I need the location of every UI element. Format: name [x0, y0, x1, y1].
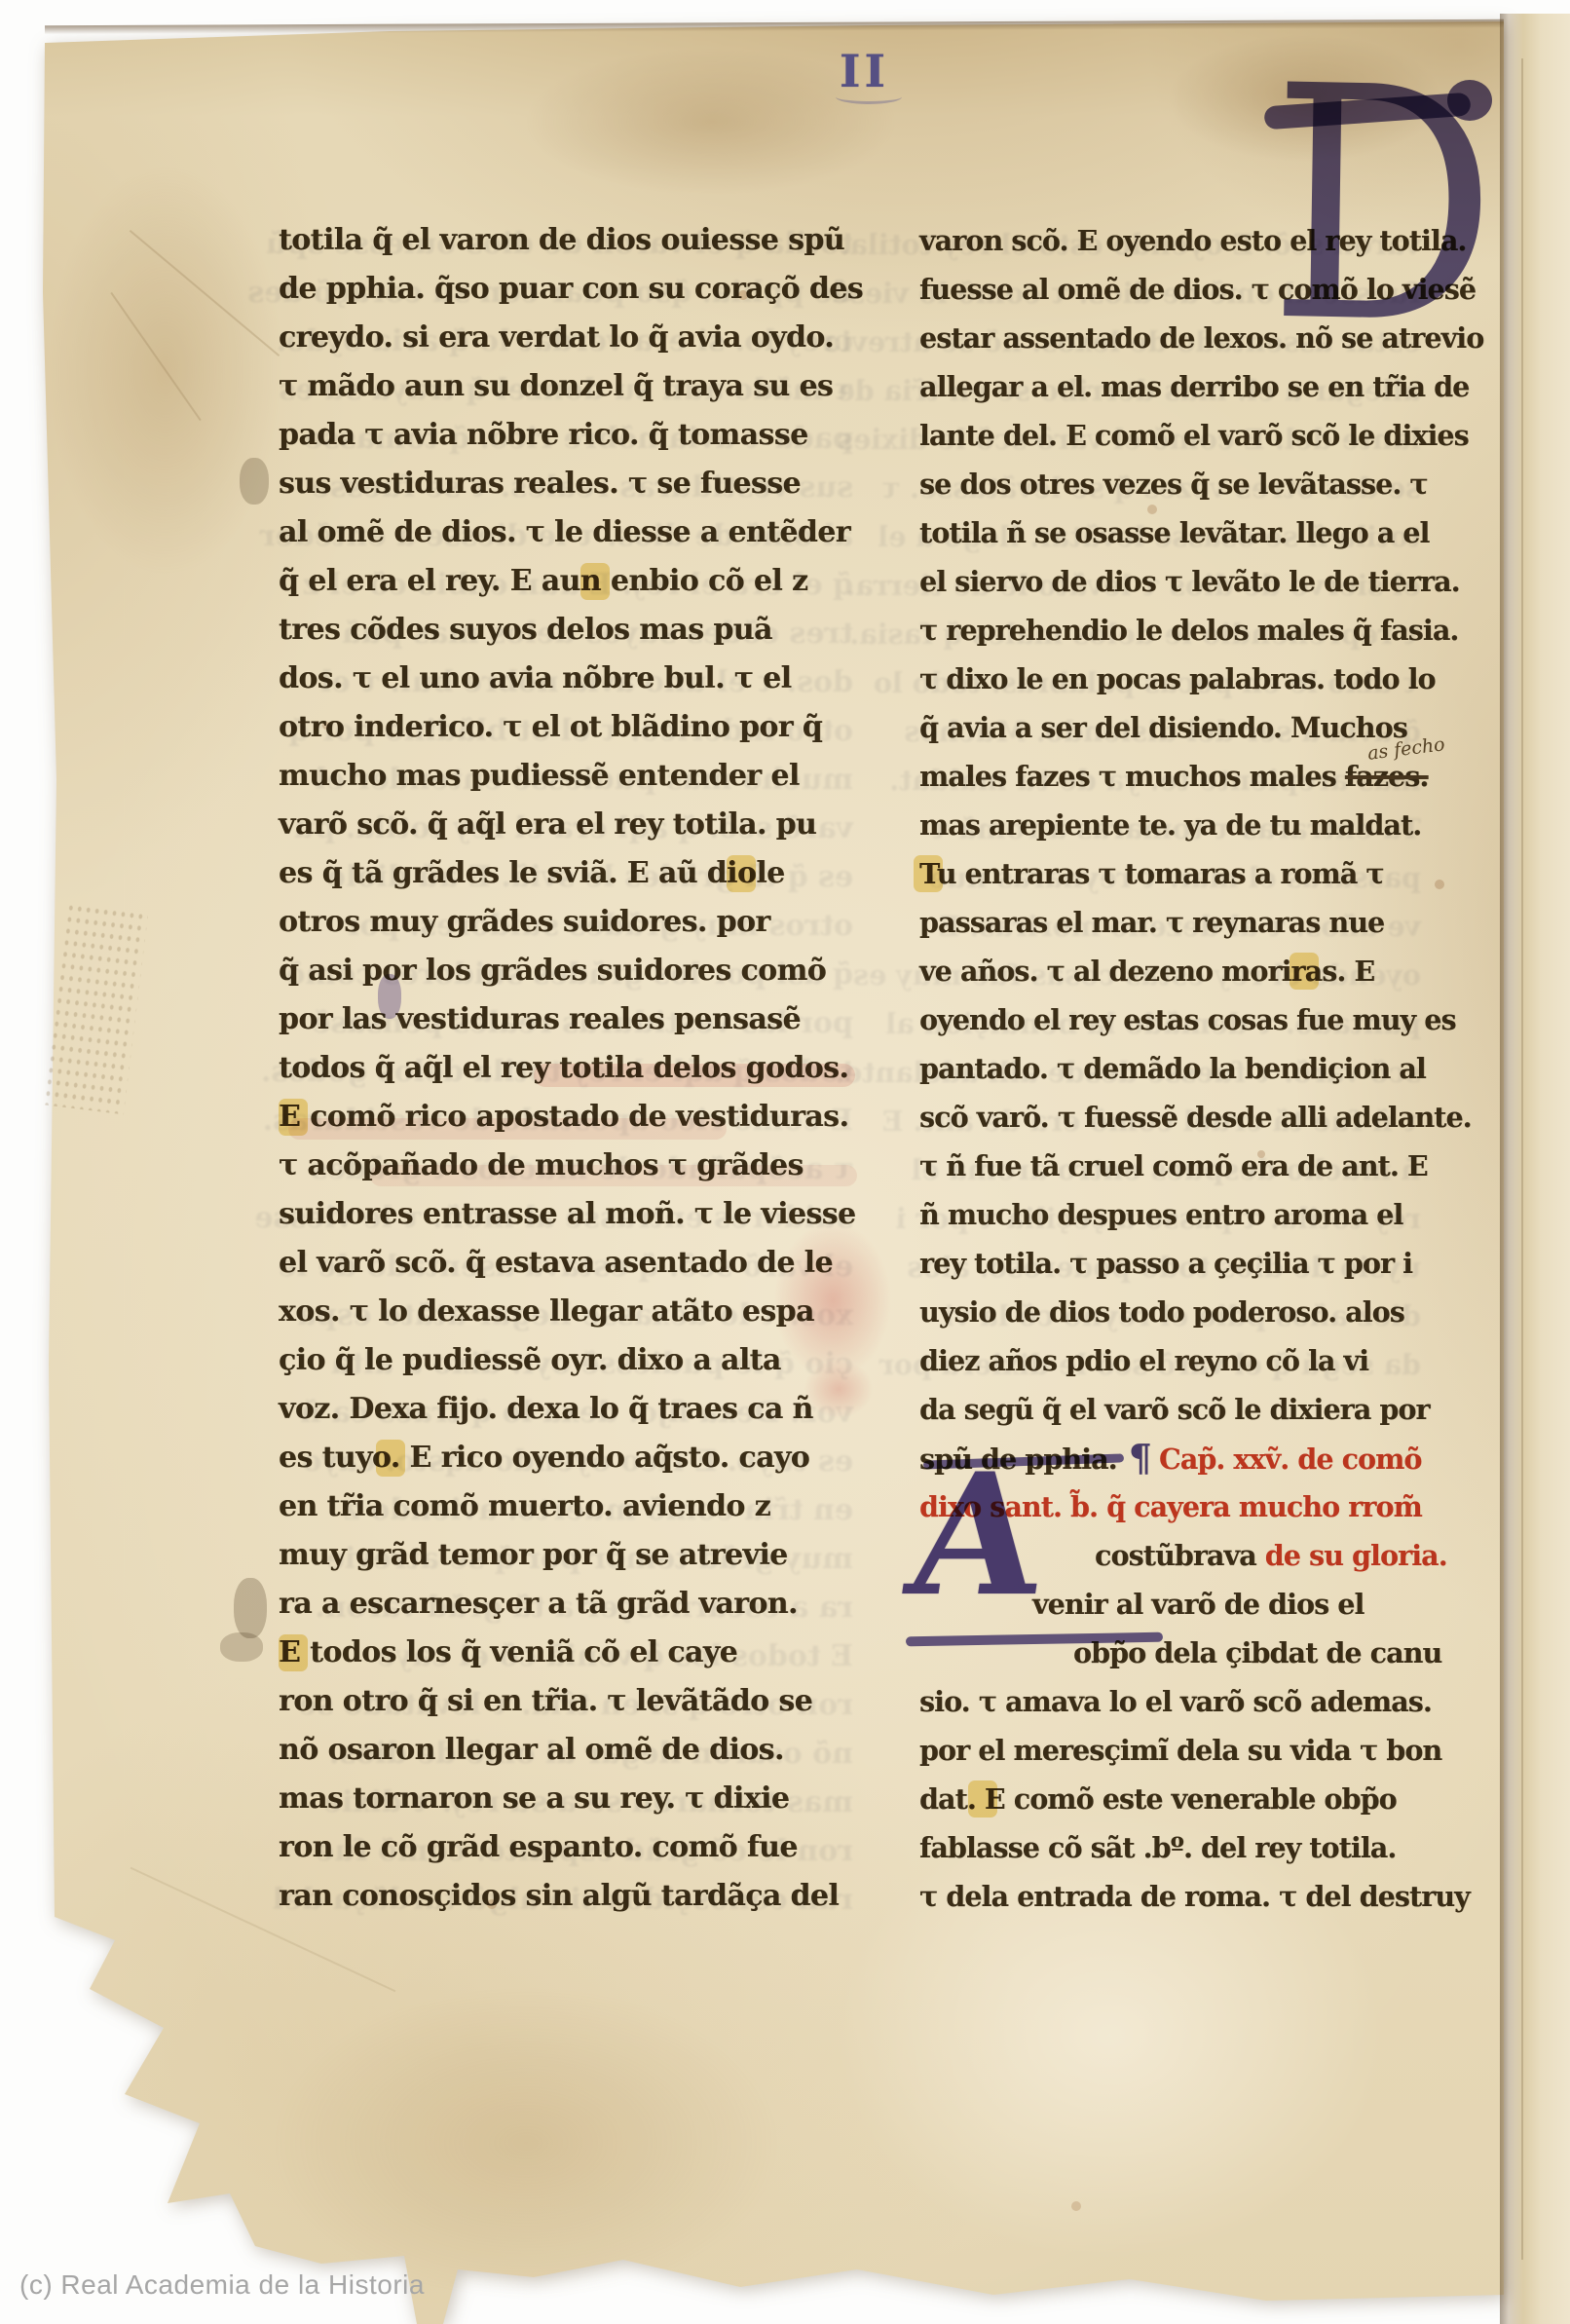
manuscript-line: sus vestiduras reales. τ se fuesse — [279, 460, 863, 508]
line-text: spũ de pphia. — [919, 1443, 1117, 1476]
manuscript-line: pada τ avia nõbre rico. q̃ tomasse — [279, 411, 863, 460]
manuscript-line: el siervo de dios τ levãto le de tierra. — [919, 557, 1483, 606]
manuscript-line: xos. τ lo dexasse llegar atãto espa — [279, 1288, 863, 1336]
manuscript-line: q̃ asi por los grãdes suidores comõ — [279, 947, 863, 995]
manuscript-line: de pphia. q̃so puar con su coraçõ des — [279, 265, 863, 314]
rubric-line: dixo sant. b̃. q̃ cayera mucho rrom̃ — [919, 1482, 1483, 1531]
manuscript-line: q̃ el era el rey. E aun enbio cõ el z — [279, 557, 863, 606]
line-text: males fazes τ muchos males — [919, 760, 1345, 793]
manuscript-line: varõ scõ. q̃ aq̃l era el rey totila. pu — [279, 801, 863, 849]
manuscript-line: pantado. τ demãdo la bendiçion al — [919, 1044, 1483, 1093]
manuscript-line: por el meresçimĩ dela su vida τ bon — [919, 1726, 1483, 1775]
manuscript-line: mas tornaron se a su rey. τ dixie — [279, 1775, 863, 1823]
manuscript-line: scõ varõ. τ fuessẽ desde alli adelante. — [919, 1093, 1483, 1142]
manuscript-line: τ reprehendio le delos males q̃ fasia. — [919, 606, 1483, 655]
manuscript-line: da segũ q̃ el varõ scõ le dixiera por — [919, 1385, 1483, 1434]
manuscript-line: otro inderico. τ el ot blãdino por q̃ — [279, 703, 863, 752]
manuscript-line: rey totila. τ passo a çeçilia τ por i — [919, 1239, 1483, 1288]
manuscript-line: mucho mas pudiessẽ entender el — [279, 752, 863, 801]
folio-underline-flourish — [836, 90, 902, 104]
manuscript-line: varon scõ. E oyendo esto el rey totila. — [919, 216, 1483, 265]
manuscript-line: E comõ rico apostado de vestiduras. — [279, 1093, 863, 1142]
manuscript-line: çio q̃ le pudiessẽ oyr. dixo a alta — [279, 1336, 863, 1385]
stain — [273, 1987, 779, 2299]
rubric-text: de su gloria. — [1256, 1539, 1447, 1572]
manuscript-line: totila ñ se osasse levãtar. llego a el — [919, 508, 1483, 557]
chapter-first-line: costũbrava de su gloria. — [919, 1531, 1483, 1580]
manuscript-line: por las vestiduras reales pensasẽ — [279, 995, 863, 1044]
manuscript-line: τ mãdo aun su donzel q̃ traya su es — [279, 362, 863, 411]
manuscript-line: en tr̃ia comõ muerto. aviendo z — [279, 1482, 863, 1531]
manuscript-line: otros muy grãdes suidores. por — [279, 898, 863, 947]
manuscript-line: suidores entrasse al moñ. τ le viesse — [279, 1190, 863, 1239]
manuscript-line: ra a escarnesçer a tã grãd varon. — [279, 1580, 863, 1629]
manuscript-line: diez años pdio el reyno cõ la vi — [919, 1336, 1483, 1385]
manuscript-line: passaras el mar. τ reynaras nue — [919, 898, 1483, 947]
fox-spots — [0, 0, 6, 6]
manuscript-line: uysio de dios todo poderoso. alos — [919, 1288, 1483, 1336]
manuscript-line: voz. Dexa fijo. dexa lo q̃ traes ca ñ — [279, 1385, 863, 1434]
rubric-text: Cap̃. xxṽ. de comõ — [1159, 1443, 1422, 1476]
manuscript-line: ran conosçidos sin algũ tardãça del — [279, 1872, 863, 1921]
manuscript-line: creydo. si era verdat lo q̃ avia oydo. — [279, 314, 863, 362]
gutter-crease — [1521, 58, 1523, 2260]
manuscript-line: es tuyo. E rico oyendo aq̃sto. cayo — [279, 1434, 863, 1482]
line-text: costũbrava — [1095, 1539, 1256, 1572]
manuscript-line: mas arepiente te. ya de tu maldat. — [919, 801, 1483, 849]
manuscript-scan: { "page": { "folio_number": "II", "water… — [0, 0, 1570, 2324]
manuscript-line: τ dela entrada de roma. τ del destruy — [919, 1872, 1483, 1921]
pilcrow-mark: ¶ — [1117, 1436, 1159, 1480]
manuscript-line: ron le cõ grãd espanto. comõ fue — [279, 1823, 863, 1872]
manuscript-line: el varõ scõ. q̃ estava asentado de le — [279, 1239, 863, 1288]
manuscript-line: tres cõdes suyos delos mas puã — [279, 606, 863, 655]
manuscript-line: E todos los q̃ veniã cõ el caye — [279, 1629, 863, 1677]
manuscript-line: oyendo el rey estas cosas fue muy es — [919, 995, 1483, 1044]
margin-smudge — [234, 1578, 267, 1638]
chapter-rubric-start-line: spũ de pphia.¶Cap̃. xxṽ. de comõ — [919, 1434, 1483, 1482]
manuscript-line: todos q̃ aq̃l el rey totila delos godos. — [279, 1044, 863, 1093]
copyright-watermark: (c) Real Academia de la Historia — [19, 2269, 425, 2301]
manuscript-line: Tu entraras τ tomaras a romã τ — [919, 849, 1483, 898]
manuscript-line: al omẽ de dios. τ le diesse a entẽder — [279, 508, 863, 557]
manuscript-line: dos. τ el uno avia nõbre bul. τ el — [279, 655, 863, 703]
manuscript-line: allegar a el. mas derribo se en tr̃ia de — [919, 362, 1483, 411]
manuscript-line: obp̃o dela çibdat de canu — [919, 1629, 1483, 1677]
manuscript-line: totila q̃ el varon de dios ouiesse spũ — [279, 216, 863, 265]
manuscript-line: lante del. E comõ el varõ scõ le dixies — [919, 411, 1483, 460]
manuscript-line: τ acõpañado de muchos τ grãdes — [279, 1142, 863, 1190]
manuscript-line: ron otro q̃ si en tr̃ia. τ levãtãdo se — [279, 1677, 863, 1726]
struck-word: fazes. — [1345, 760, 1429, 793]
margin-smudge — [240, 458, 269, 505]
manuscript-line: se dos otres vezes q̃ se levãtasse. τ — [919, 460, 1483, 508]
manuscript-line: dat. E comõ este venerable obp̃o — [919, 1775, 1483, 1823]
adjacent-page-edge — [1500, 14, 1570, 2324]
manuscript-line: fuesse al omẽ de dios. τ comõ lo viesẽ — [919, 265, 1483, 314]
manuscript-line: es q̃ tã grãdes le sviã. E aũ diole — [279, 849, 863, 898]
margin-smudge — [220, 1632, 263, 1662]
manuscript-line: muy grãd temor por q̃ se atrevie — [279, 1531, 863, 1580]
manuscript-line: τ dixo le en pocas palabras. todo lo — [919, 655, 1483, 703]
manuscript-line: venir al varõ de dios el — [919, 1580, 1483, 1629]
manuscript-line: ve años. τ al dezeno moriras. E — [919, 947, 1483, 995]
manuscript-line: τ ñ fue tã cruel comõ era de ant. E — [919, 1142, 1483, 1190]
manuscript-line: ñ mucho despues entro aroma el — [919, 1190, 1483, 1239]
manuscript-line: fablasse cõ sãt .bº. del rey totila. — [919, 1823, 1483, 1872]
manuscript-line: nõ osaron llegar al omẽ de dios. — [279, 1726, 863, 1775]
manuscript-line: sio. τ amava lo el varõ scõ ademas. — [919, 1677, 1483, 1726]
manuscript-line: estar assentado de lexos. nõ se atrevio — [919, 314, 1483, 362]
text-column-right: varon scõ. E oyendo esto el rey totila.f… — [919, 216, 1483, 1921]
text-column-left: totila q̃ el varon de dios ouiesse spũde… — [279, 216, 863, 1921]
